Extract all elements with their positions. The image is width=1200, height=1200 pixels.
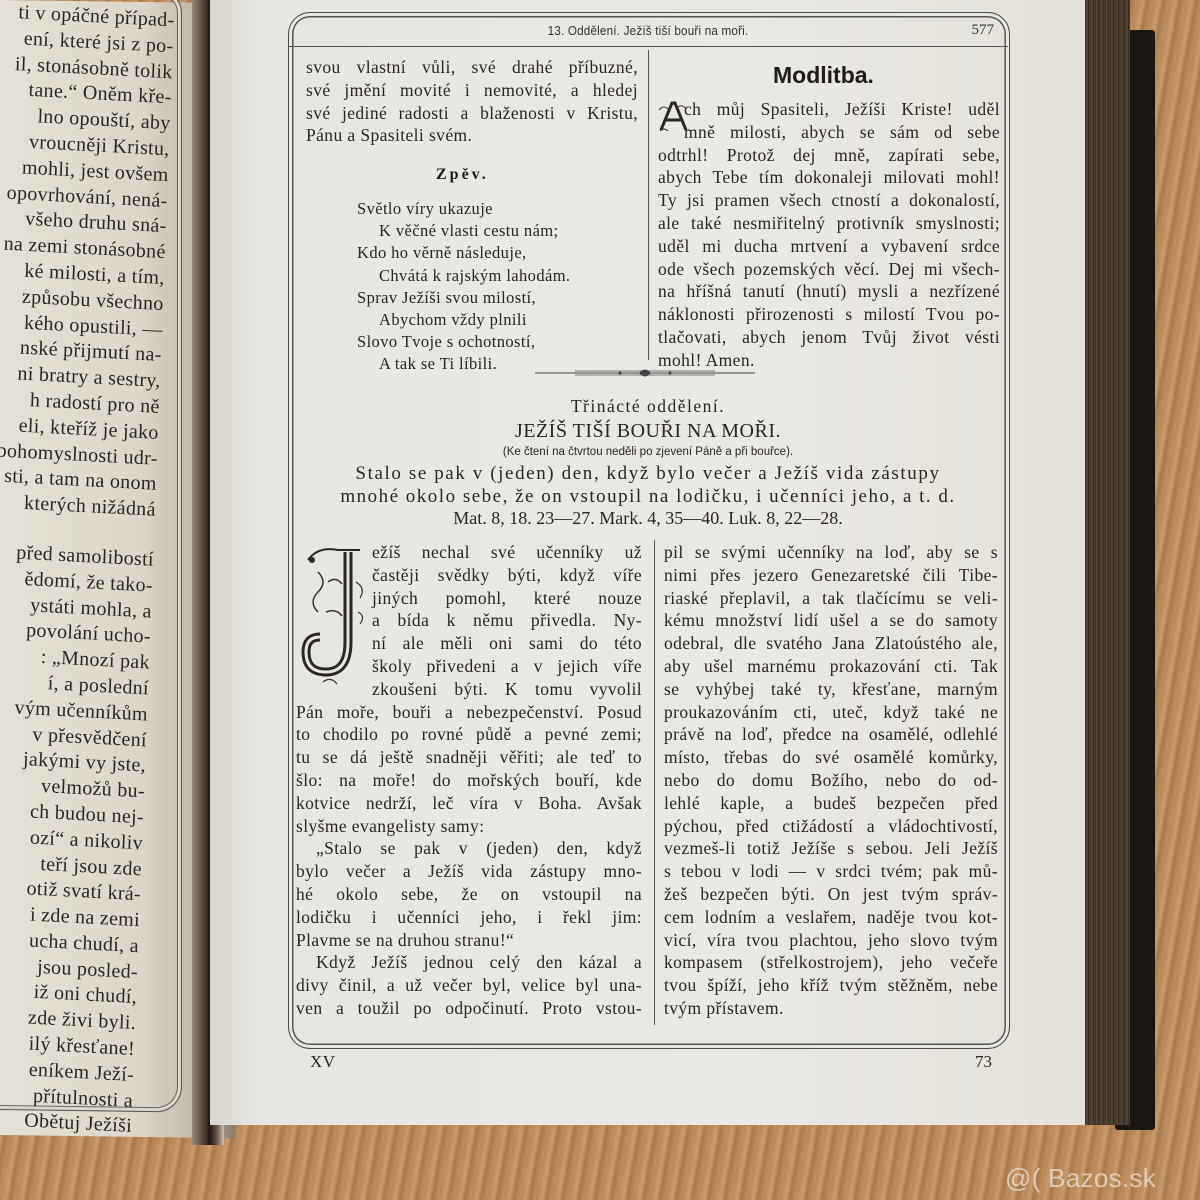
epigraph-line-2: mnohé okolo sebe, že on vstoupil na lodi… bbox=[288, 486, 1008, 508]
body-right-line: nebo do domu Božího, nebo do od- bbox=[664, 769, 998, 792]
body-right-line: lehlé kaple, a budeš bezpečen před bbox=[664, 792, 998, 815]
body-right-line: pýchou, před ctižádostí a vládochtivostí… bbox=[664, 815, 998, 838]
body-right-line: aby ušel marnému prokazování cti. Tak bbox=[664, 655, 998, 678]
prayer-text: ch můj Spasiteli, Ježíši Kriste! uděl mn… bbox=[658, 98, 1000, 372]
body-right-line: odebral, dle svatého Jana Zlatoústého al… bbox=[664, 632, 998, 655]
body-right-line: vezmeš-li totiž Ježíše s sebou. Jeli Jež… bbox=[664, 837, 998, 860]
running-head-page-number: 577 bbox=[972, 22, 995, 39]
body-right-line: vicí, víra tvou plachtou, jeho slovo tvý… bbox=[664, 929, 998, 952]
body-right-line: proukazováním cti, uteč, když také ne bbox=[664, 701, 998, 724]
body-right-line: místo, třebas do své osamělé komůrky, bbox=[664, 746, 998, 769]
section-title: JEŽÍŠ TIŠÍ BOUŘI NA MOŘI. bbox=[288, 420, 1008, 443]
song-verse-line: Kdo ho věrně následuje, bbox=[357, 242, 570, 264]
scripture-references: Mat. 8, 18. 23—27. Mark. 4, 35—40. Luk. … bbox=[288, 508, 1008, 529]
ornamental-divider-icon bbox=[535, 366, 755, 380]
page-block-edge bbox=[1085, 0, 1130, 1125]
body-left-column: ežíš nechal své učenníky už častěji svěd… bbox=[296, 541, 642, 1020]
body-right-line: právě na loď, předce na osamělé, odlehlé bbox=[664, 723, 998, 746]
song-verse-line: K věčné vlasti cestu nám; bbox=[357, 220, 570, 242]
body-right-line: žeš bezpečen býti. On jest tvým správ- bbox=[664, 883, 998, 906]
printer-signature: XV bbox=[310, 1052, 336, 1072]
footer-page-number: 73 bbox=[975, 1052, 992, 1072]
song-verses: Světlo víry ukazujeK věčné vlasti cestu … bbox=[357, 198, 570, 376]
song-verse-line: Chvátá k rajským lahodám. bbox=[357, 265, 570, 287]
body-right-line: tvým přístavem. bbox=[664, 997, 998, 1020]
watermark-text: @( Bazos.sk bbox=[1005, 1163, 1156, 1194]
top-left-paragraph: svou vlastní vůli, své drahé příbuzné, s… bbox=[306, 56, 638, 147]
section-label: Třinácté oddělení. bbox=[288, 396, 1008, 417]
body-right-line: tvou špíží, jeho kříž tvým stěžněm, nebe bbox=[664, 974, 998, 997]
running-head-title: 13. Oddělení. Ježíš tiší bouři na moři. bbox=[324, 23, 972, 38]
section-subtitle: (Ke čtení na čtvrtou neděli po zjevení P… bbox=[288, 446, 1008, 458]
song-verse-line: Sprav Ježíši svou milostí, bbox=[357, 287, 570, 309]
song-verse-line: Světlo víry ukazuje bbox=[357, 198, 570, 220]
body-column-divider bbox=[654, 540, 655, 1025]
song-heading: Zpěv. bbox=[436, 166, 489, 184]
body-right-line: pil se svými učenníky na loď, aby se s bbox=[664, 541, 998, 564]
body-right-line: nimi přes jezero Genezaretské čili Tibe- bbox=[664, 564, 998, 587]
body-right-line: kompasem (střelkostrojem), jeho večeře bbox=[664, 951, 998, 974]
body-right-line: riaské přeplavil, a tak tlačícímu se vel… bbox=[664, 587, 998, 610]
body-right-column: pil se svými učenníky na loď, aby se sni… bbox=[664, 541, 998, 1020]
running-head: 13. Oddělení. Ježíš tiší bouři na moři. … bbox=[288, 16, 1008, 47]
body-right-line: cem lodním a veslařem, naděje tvou kot- bbox=[664, 906, 998, 929]
body-right-line: kému množství lidí ušel a se do samoty bbox=[664, 609, 998, 632]
body-right-line: se vyhýbej také ty, křesťane, marným bbox=[664, 678, 998, 701]
song-verse-line: Slovo Tvoje s ochotností, bbox=[357, 331, 570, 353]
epigraph-line-1: Stalo se pak v (jeden) den, když bylo ve… bbox=[288, 463, 1008, 485]
song-verse-line: Abychom vždy plnili bbox=[357, 309, 570, 331]
body-right-line: s tebou v lodi — v srdci tvém; pak mů- bbox=[664, 860, 998, 883]
top-column-divider bbox=[648, 50, 649, 360]
prayer-heading: Modlitba. bbox=[773, 62, 874, 89]
